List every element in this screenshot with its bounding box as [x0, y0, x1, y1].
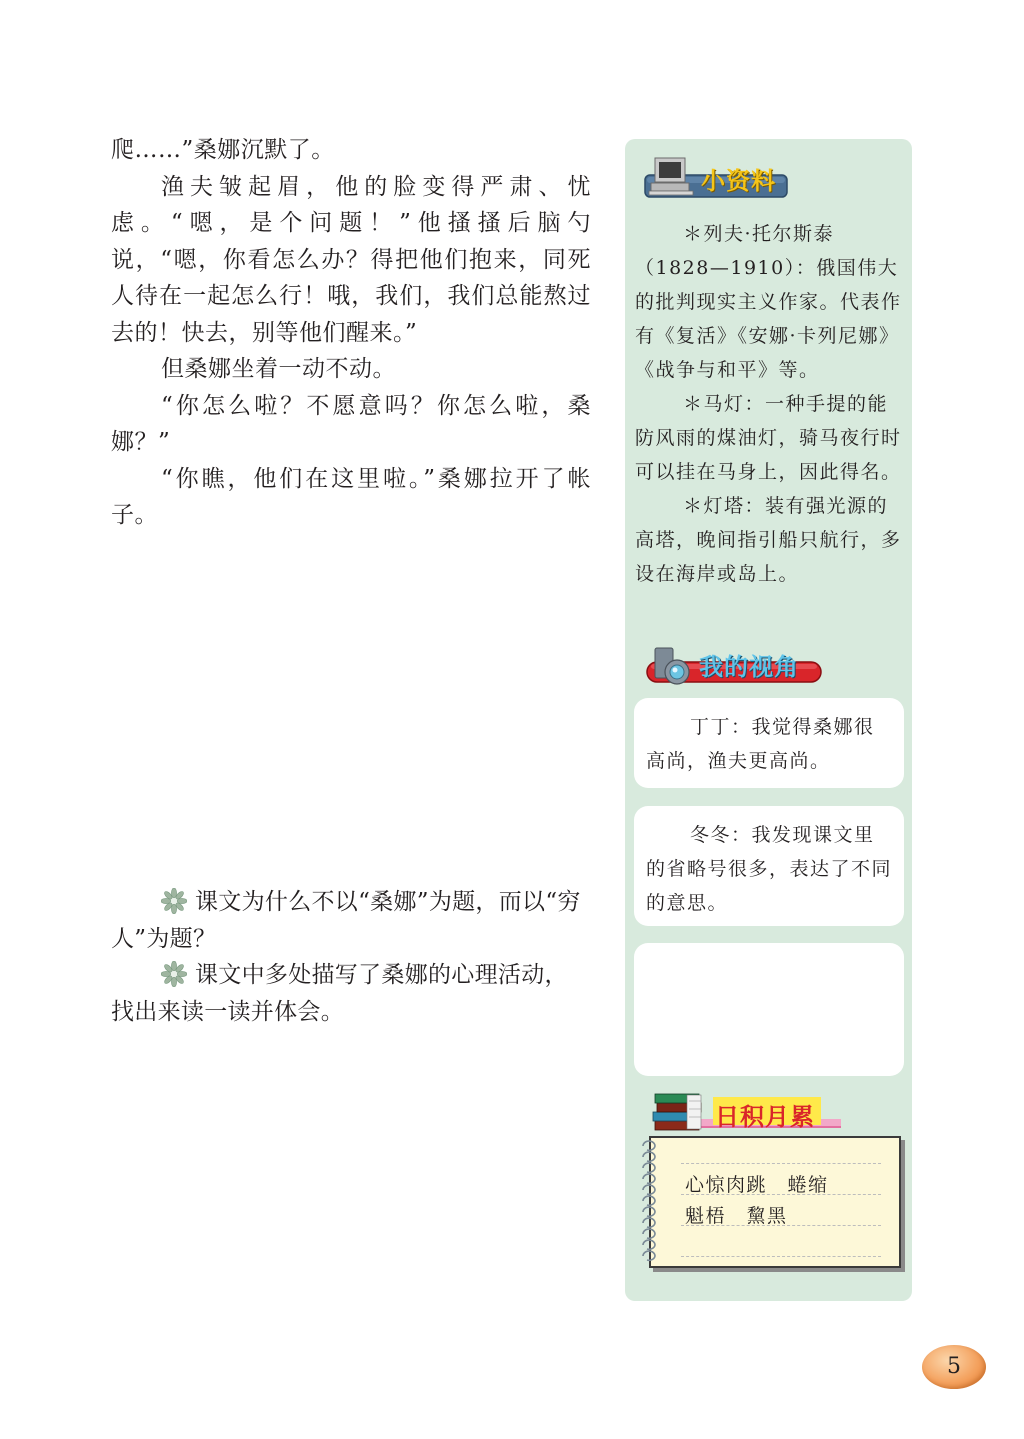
blank-comment-card[interactable]: [634, 943, 904, 1076]
paragraph: 爬……”桑娜沉默了。: [111, 132, 591, 169]
info-banner: 小资料: [641, 155, 791, 201]
flower-bullet-icon: [161, 961, 187, 987]
question-item: 课文中多处描写了桑娜的心理活动，找出来读一读并体会。: [111, 957, 591, 1030]
flower-bullet-icon: [161, 888, 187, 914]
ruled-line: [681, 1194, 881, 1195]
exercise-questions: 课文为什么不以“桑娜”为题，而以“穷人”为题？ 课文中多处描写了桑娜的心理活动，…: [111, 884, 591, 1030]
main-text: 爬……”桑娜沉默了。 渔夫皱起眉，他的脸变得严肃、忧虑。“嗯，是个问题！”他搔搔…: [111, 132, 591, 534]
question-item: 课文为什么不以“桑娜”为题，而以“穷人”为题？: [111, 884, 591, 957]
info-entry: ＊马灯：一种手提的能防风雨的煤油灯，骑马夜行时可以挂在马身上，因此得名。: [635, 387, 903, 489]
ruled-line: [681, 1256, 881, 1257]
comment-card: 冬冬：我发现课文里的省略号很多，表达了不同的意思。: [634, 806, 904, 926]
ruled-line: [681, 1163, 881, 1164]
paragraph: 渔夫皱起眉，他的脸变得严肃、忧虑。“嗯，是个问题！”他搔搔后脑勺说，“嗯，你看怎…: [111, 169, 591, 352]
perspective-title: 我的视角: [699, 647, 799, 682]
comment-text: 丁丁：我觉得桑娜很高尚，渔夫更高尚。: [634, 698, 904, 778]
info-entries: ＊列夫·托尔斯泰（1828—1910）：俄国伟大的批判现实主义作家。代表作有《复…: [635, 217, 903, 591]
vocab-line: 心惊肉跳 蜷缩: [685, 1170, 829, 1197]
paragraph: “你瞧，他们在这里啦。”桑娜拉开了帐子。: [111, 461, 591, 534]
paragraph: 但桑娜坐着一动不动。: [111, 351, 591, 388]
vocab-notebook: 心惊肉跳 蜷缩 魁梧 黧黑: [649, 1136, 901, 1268]
paragraph: “你怎么啦？不愿意吗？你怎么啦，桑娜？”: [111, 388, 591, 461]
sidebar: 小资料 ＊列夫·托尔斯泰（1828—1910）：俄国伟大的批判现实主义作家。代表…: [625, 139, 912, 1301]
comment-card: 丁丁：我觉得桑娜很高尚，渔夫更高尚。: [634, 698, 904, 788]
perspective-banner: 我的视角: [643, 642, 823, 688]
page-number: 5: [922, 1345, 986, 1389]
info-title: 小资料: [701, 161, 776, 196]
comment-text: 冬冬：我发现课文里的省略号很多，表达了不同的意思。: [634, 806, 904, 920]
info-entry: ＊列夫·托尔斯泰（1828—1910）：俄国伟大的批判现实主义作家。代表作有《复…: [635, 217, 903, 387]
vocab-title: 日积月累: [715, 1097, 815, 1132]
ruled-line: [681, 1225, 881, 1226]
info-entry: ＊灯塔：装有强光源的高塔，晚间指引船只航行，多设在海岸或岛上。: [635, 489, 903, 591]
vocab-banner: 日积月累: [647, 1091, 847, 1137]
spiral-binding-icon: [639, 1140, 663, 1264]
vocab-line: 魁梧 黧黑: [685, 1201, 788, 1228]
